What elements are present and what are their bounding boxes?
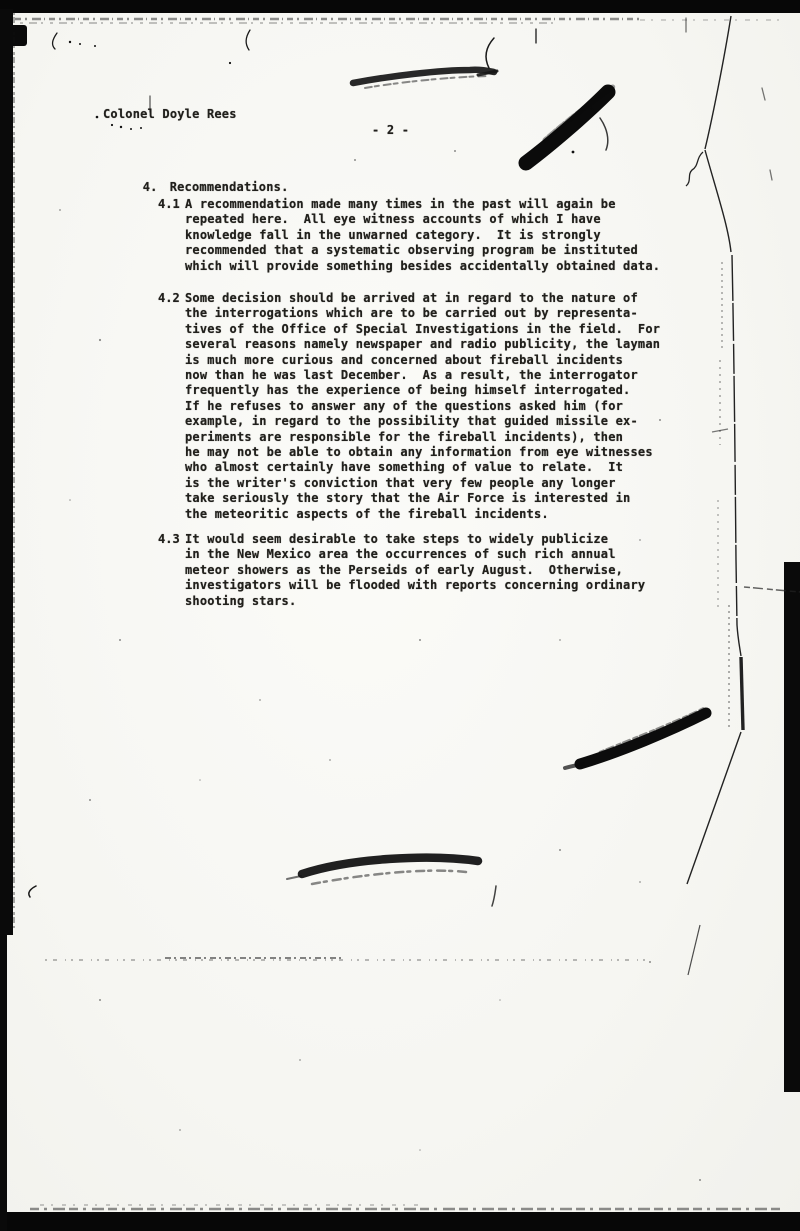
paragraph-4-2: 4.2 Some decision should be arrived at i… <box>158 291 660 522</box>
ink-smear-mid-right <box>565 708 706 768</box>
crease-dotted-line <box>45 958 650 960</box>
text-line: frequently has the experience of being h… <box>185 383 660 398</box>
ink-smear-top-right <box>526 86 614 163</box>
text-line: is the writer's conviction that very few… <box>185 476 660 491</box>
text-line: A recommendation made many times in the … <box>185 197 660 212</box>
scan-border-top <box>0 0 800 13</box>
text-line: meteor showers as the Perseids of early … <box>185 563 645 578</box>
text-line: in the New Mexico area the occurrences o… <box>185 547 645 562</box>
text-line: investigators will be flooded with repor… <box>185 578 645 593</box>
paragraph-4-3: 4.3 It would seem desirable to take step… <box>158 532 645 609</box>
text-line: now than he was last December. As a resu… <box>185 368 660 383</box>
ink-smudge-bottom-center <box>287 858 496 906</box>
text-line: Some decision should be arrived at in re… <box>185 291 660 306</box>
page-number: - 2 - <box>372 123 409 137</box>
scan-noise-band-bottom <box>30 1205 782 1209</box>
scan-border-right <box>784 562 800 1092</box>
scan-noise-band-top <box>15 19 786 23</box>
section-number: 4. <box>143 180 170 194</box>
recipient-line: Colonel Doyle Rees <box>103 107 237 121</box>
text-line: example, in regard to the possibility th… <box>185 414 660 429</box>
text-line: which will provide something besides acc… <box>185 259 660 274</box>
scanned-document-page: Colonel Doyle Rees - 2 - 4.Recommendatio… <box>0 0 800 1231</box>
text-line: It would seem desirable to take steps to… <box>185 532 645 547</box>
text-line: recommended that a systematic observing … <box>185 243 660 258</box>
ink-smudge-top-center <box>353 70 497 88</box>
scan-border-left <box>0 9 13 935</box>
section-title: Recommendations. <box>170 180 289 194</box>
text-line: If he refuses to answer any of the quest… <box>185 399 660 414</box>
paragraph-4-1: 4.1 A recommendation made many times in … <box>158 197 660 274</box>
text-line: is much more curious and concerned about… <box>185 353 660 368</box>
paragraph-number: 4.3 <box>158 532 180 546</box>
fold-line-right <box>686 16 800 975</box>
text-line: shooting stars. <box>185 594 645 609</box>
text-line: who almost certainly have something of v… <box>185 460 660 475</box>
text-line: the meteoritic aspects of the fireball i… <box>185 507 660 522</box>
text-line: take seriously the story that the Air Fo… <box>185 491 660 506</box>
text-line: repeated here. All eye witness accounts … <box>185 212 660 227</box>
text-line: several reasons namely newspaper and rad… <box>185 337 660 352</box>
text-line: tives of the Office of Special Investiga… <box>185 322 660 337</box>
text-line: the interrogations which are to be carri… <box>185 306 660 321</box>
text-line: knowledge fall in the unwarned category.… <box>185 228 660 243</box>
text-line: periments are responsible for the fireba… <box>185 430 660 445</box>
scan-border-left-lower <box>0 935 7 1231</box>
scan-mark-top-left-blob <box>2 25 27 46</box>
scan-border-bottom <box>0 1212 800 1231</box>
paragraph-number: 4.1 <box>158 197 180 211</box>
paragraph-number: 4.2 <box>158 291 180 305</box>
text-line: he may not be able to obtain any informa… <box>185 445 660 460</box>
